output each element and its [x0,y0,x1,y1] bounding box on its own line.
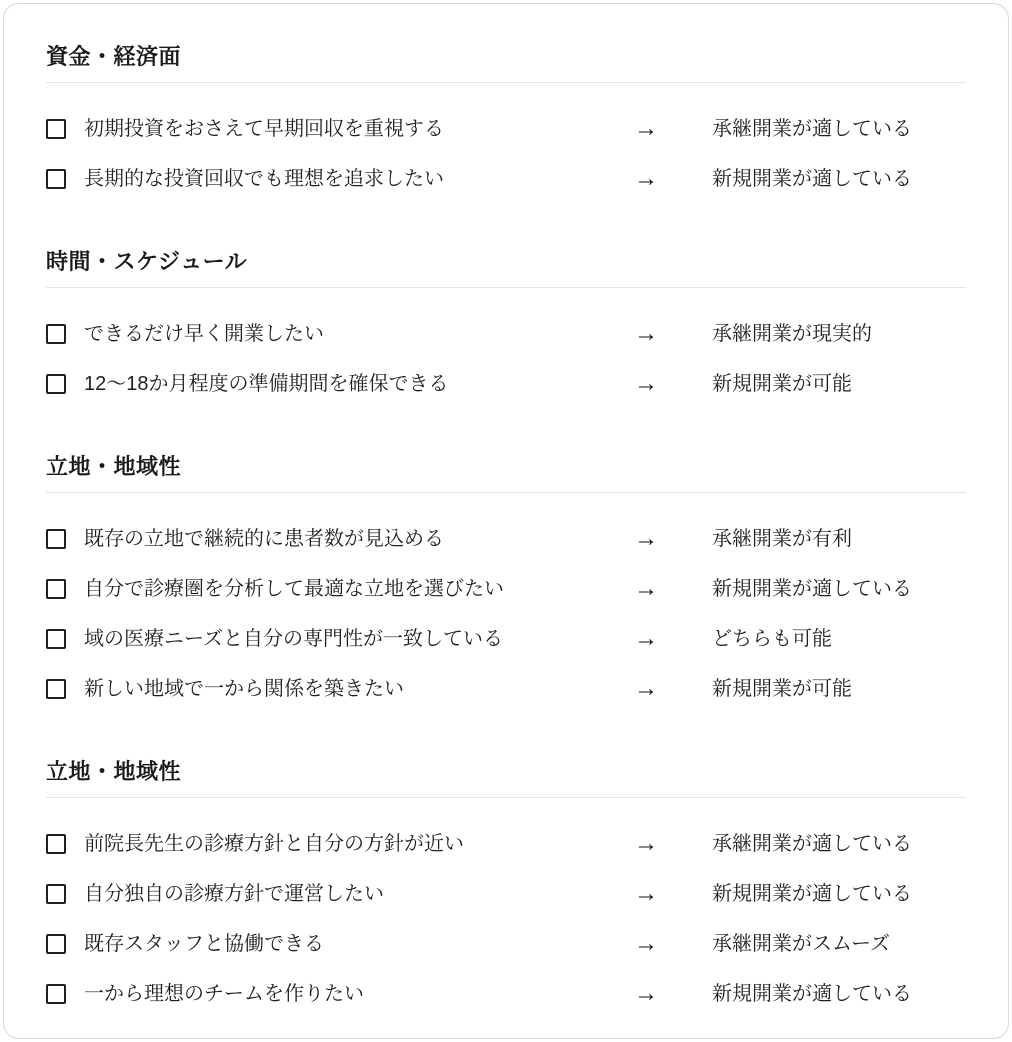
checklist-rows: 前院長先生の診療方針と自分の方針が近い → 承継開業が適している 自分独自の診療… [46,798,966,1008]
checkbox[interactable] [46,679,66,699]
checklist-row: 初期投資をおさえて早期回収を重視する → 承継開業が適している [46,115,966,143]
condition-label: 前院長先生の診療方針と自分の方針が近い [84,830,464,858]
arrow-right-icon: → [634,370,712,398]
section-funding-economics: 資金・経済面 初期投資をおさえて早期回収を重視する → 承継開業が適している 長… [46,42,966,193]
row-condition: 12〜18か月程度の準備期間を確保できる [46,370,634,398]
checkbox[interactable] [46,984,66,1004]
checklist-rows: できるだけ早く開業したい → 承継開業が現実的 12〜18か月程度の準備期間を確… [46,288,966,398]
arrow-right-icon: → [634,980,712,1008]
checkbox[interactable] [46,119,66,139]
result-label: 新規開業が適している [712,880,966,908]
checkbox[interactable] [46,324,66,344]
result-label: 新規開業が適している [712,165,966,193]
arrow-right-icon: → [634,575,712,603]
condition-label: 一から理想のチームを作りたい [84,980,364,1008]
checklist-rows: 既存の立地で継続的に患者数が見込める → 承継開業が有利 自分で診療圏を分析して… [46,493,966,703]
row-condition: 域の医療ニーズと自分の専門性が一致している [46,625,634,653]
checkbox[interactable] [46,884,66,904]
checkbox[interactable] [46,169,66,189]
result-label: 新規開業が可能 [712,675,966,703]
checkbox[interactable] [46,579,66,599]
section-location-region-2: 立地・地域性 前院長先生の診療方針と自分の方針が近い → 承継開業が適している … [46,757,966,1008]
arrow-right-icon: → [634,830,712,858]
row-condition: できるだけ早く開業したい [46,320,634,348]
result-label: 承継開業が現実的 [712,320,966,348]
checklist-row: 一から理想のチームを作りたい → 新規開業が適している [46,980,966,1008]
checklist-row: 長期的な投資回収でも理想を追求したい → 新規開業が適している [46,165,966,193]
condition-label: 域の医療ニーズと自分の専門性が一致している [84,625,503,653]
arrow-right-icon: → [634,625,712,653]
checkbox[interactable] [46,374,66,394]
section-title: 立地・地域性 [46,452,966,482]
row-condition: 前院長先生の診療方針と自分の方針が近い [46,830,634,858]
arrow-right-icon: → [634,675,712,703]
checklist-rows: 初期投資をおさえて早期回収を重視する → 承継開業が適している 長期的な投資回収… [46,83,966,193]
checklist-row: 域の医療ニーズと自分の専門性が一致している → どちらも可能 [46,625,966,653]
result-label: 新規開業が適している [712,980,966,1008]
row-condition: 長期的な投資回収でも理想を追求したい [46,165,634,193]
checkbox[interactable] [46,529,66,549]
arrow-right-icon: → [634,115,712,143]
result-label: どちらも可能 [712,625,966,653]
arrow-right-icon: → [634,165,712,193]
condition-label: 既存の立地で継続的に患者数が見込める [84,525,444,553]
section-title: 資金・経済面 [46,42,966,72]
condition-label: 新しい地域で一から関係を築きたい [84,675,404,703]
checklist-row: 12〜18か月程度の準備期間を確保できる → 新規開業が可能 [46,370,966,398]
condition-label: 初期投資をおさえて早期回収を重視する [84,115,444,143]
checklist-row: 既存スタッフと協働できる → 承継開業がスムーズ [46,930,966,958]
checklist-row: 新しい地域で一から関係を築きたい → 新規開業が可能 [46,675,966,703]
arrow-right-icon: → [634,930,712,958]
row-condition: 初期投資をおさえて早期回収を重視する [46,115,634,143]
row-condition: 一から理想のチームを作りたい [46,980,634,1008]
condition-label: できるだけ早く開業したい [84,320,324,348]
condition-label: 既存スタッフと協働できる [84,930,324,958]
condition-label: 自分で診療圏を分析して最適な立地を選びたい [84,575,504,603]
result-label: 新規開業が適している [712,575,966,603]
arrow-right-icon: → [634,880,712,908]
result-label: 承継開業が適している [712,115,966,143]
condition-label: 12〜18か月程度の準備期間を確保できる [84,370,449,398]
checklist-row: 自分で診療圏を分析して最適な立地を選びたい → 新規開業が適している [46,575,966,603]
condition-label: 長期的な投資回収でも理想を追求したい [84,165,444,193]
checkbox[interactable] [46,629,66,649]
checklist-row: 既存の立地で継続的に患者数が見込める → 承継開業が有利 [46,525,966,553]
row-condition: 自分で診療圏を分析して最適な立地を選びたい [46,575,634,603]
arrow-right-icon: → [634,525,712,553]
row-condition: 既存スタッフと協働できる [46,930,634,958]
result-label: 新規開業が可能 [712,370,966,398]
checkbox[interactable] [46,934,66,954]
section-time-schedule: 時間・スケジュール できるだけ早く開業したい → 承継開業が現実的 12〜18か… [46,247,966,398]
section-title: 時間・スケジュール [46,247,966,277]
row-condition: 自分独自の診療方針で運営したい [46,880,634,908]
result-label: 承継開業がスムーズ [712,930,966,958]
arrow-right-icon: → [634,320,712,348]
checklist-row: 自分独自の診療方針で運営したい → 新規開業が適している [46,880,966,908]
row-condition: 新しい地域で一から関係を築きたい [46,675,634,703]
checklist-row: できるだけ早く開業したい → 承継開業が現実的 [46,320,966,348]
row-condition: 既存の立地で継続的に患者数が見込める [46,525,634,553]
checklist-card: 資金・経済面 初期投資をおさえて早期回収を重視する → 承継開業が適している 長… [3,3,1009,1039]
result-label: 承継開業が有利 [712,525,966,553]
checklist-row: 前院長先生の診療方針と自分の方針が近い → 承継開業が適している [46,830,966,858]
section-location-region: 立地・地域性 既存の立地で継続的に患者数が見込める → 承継開業が有利 自分で診… [46,452,966,703]
section-title: 立地・地域性 [46,757,966,787]
checkbox[interactable] [46,834,66,854]
result-label: 承継開業が適している [712,830,966,858]
condition-label: 自分独自の診療方針で運営したい [84,880,384,908]
